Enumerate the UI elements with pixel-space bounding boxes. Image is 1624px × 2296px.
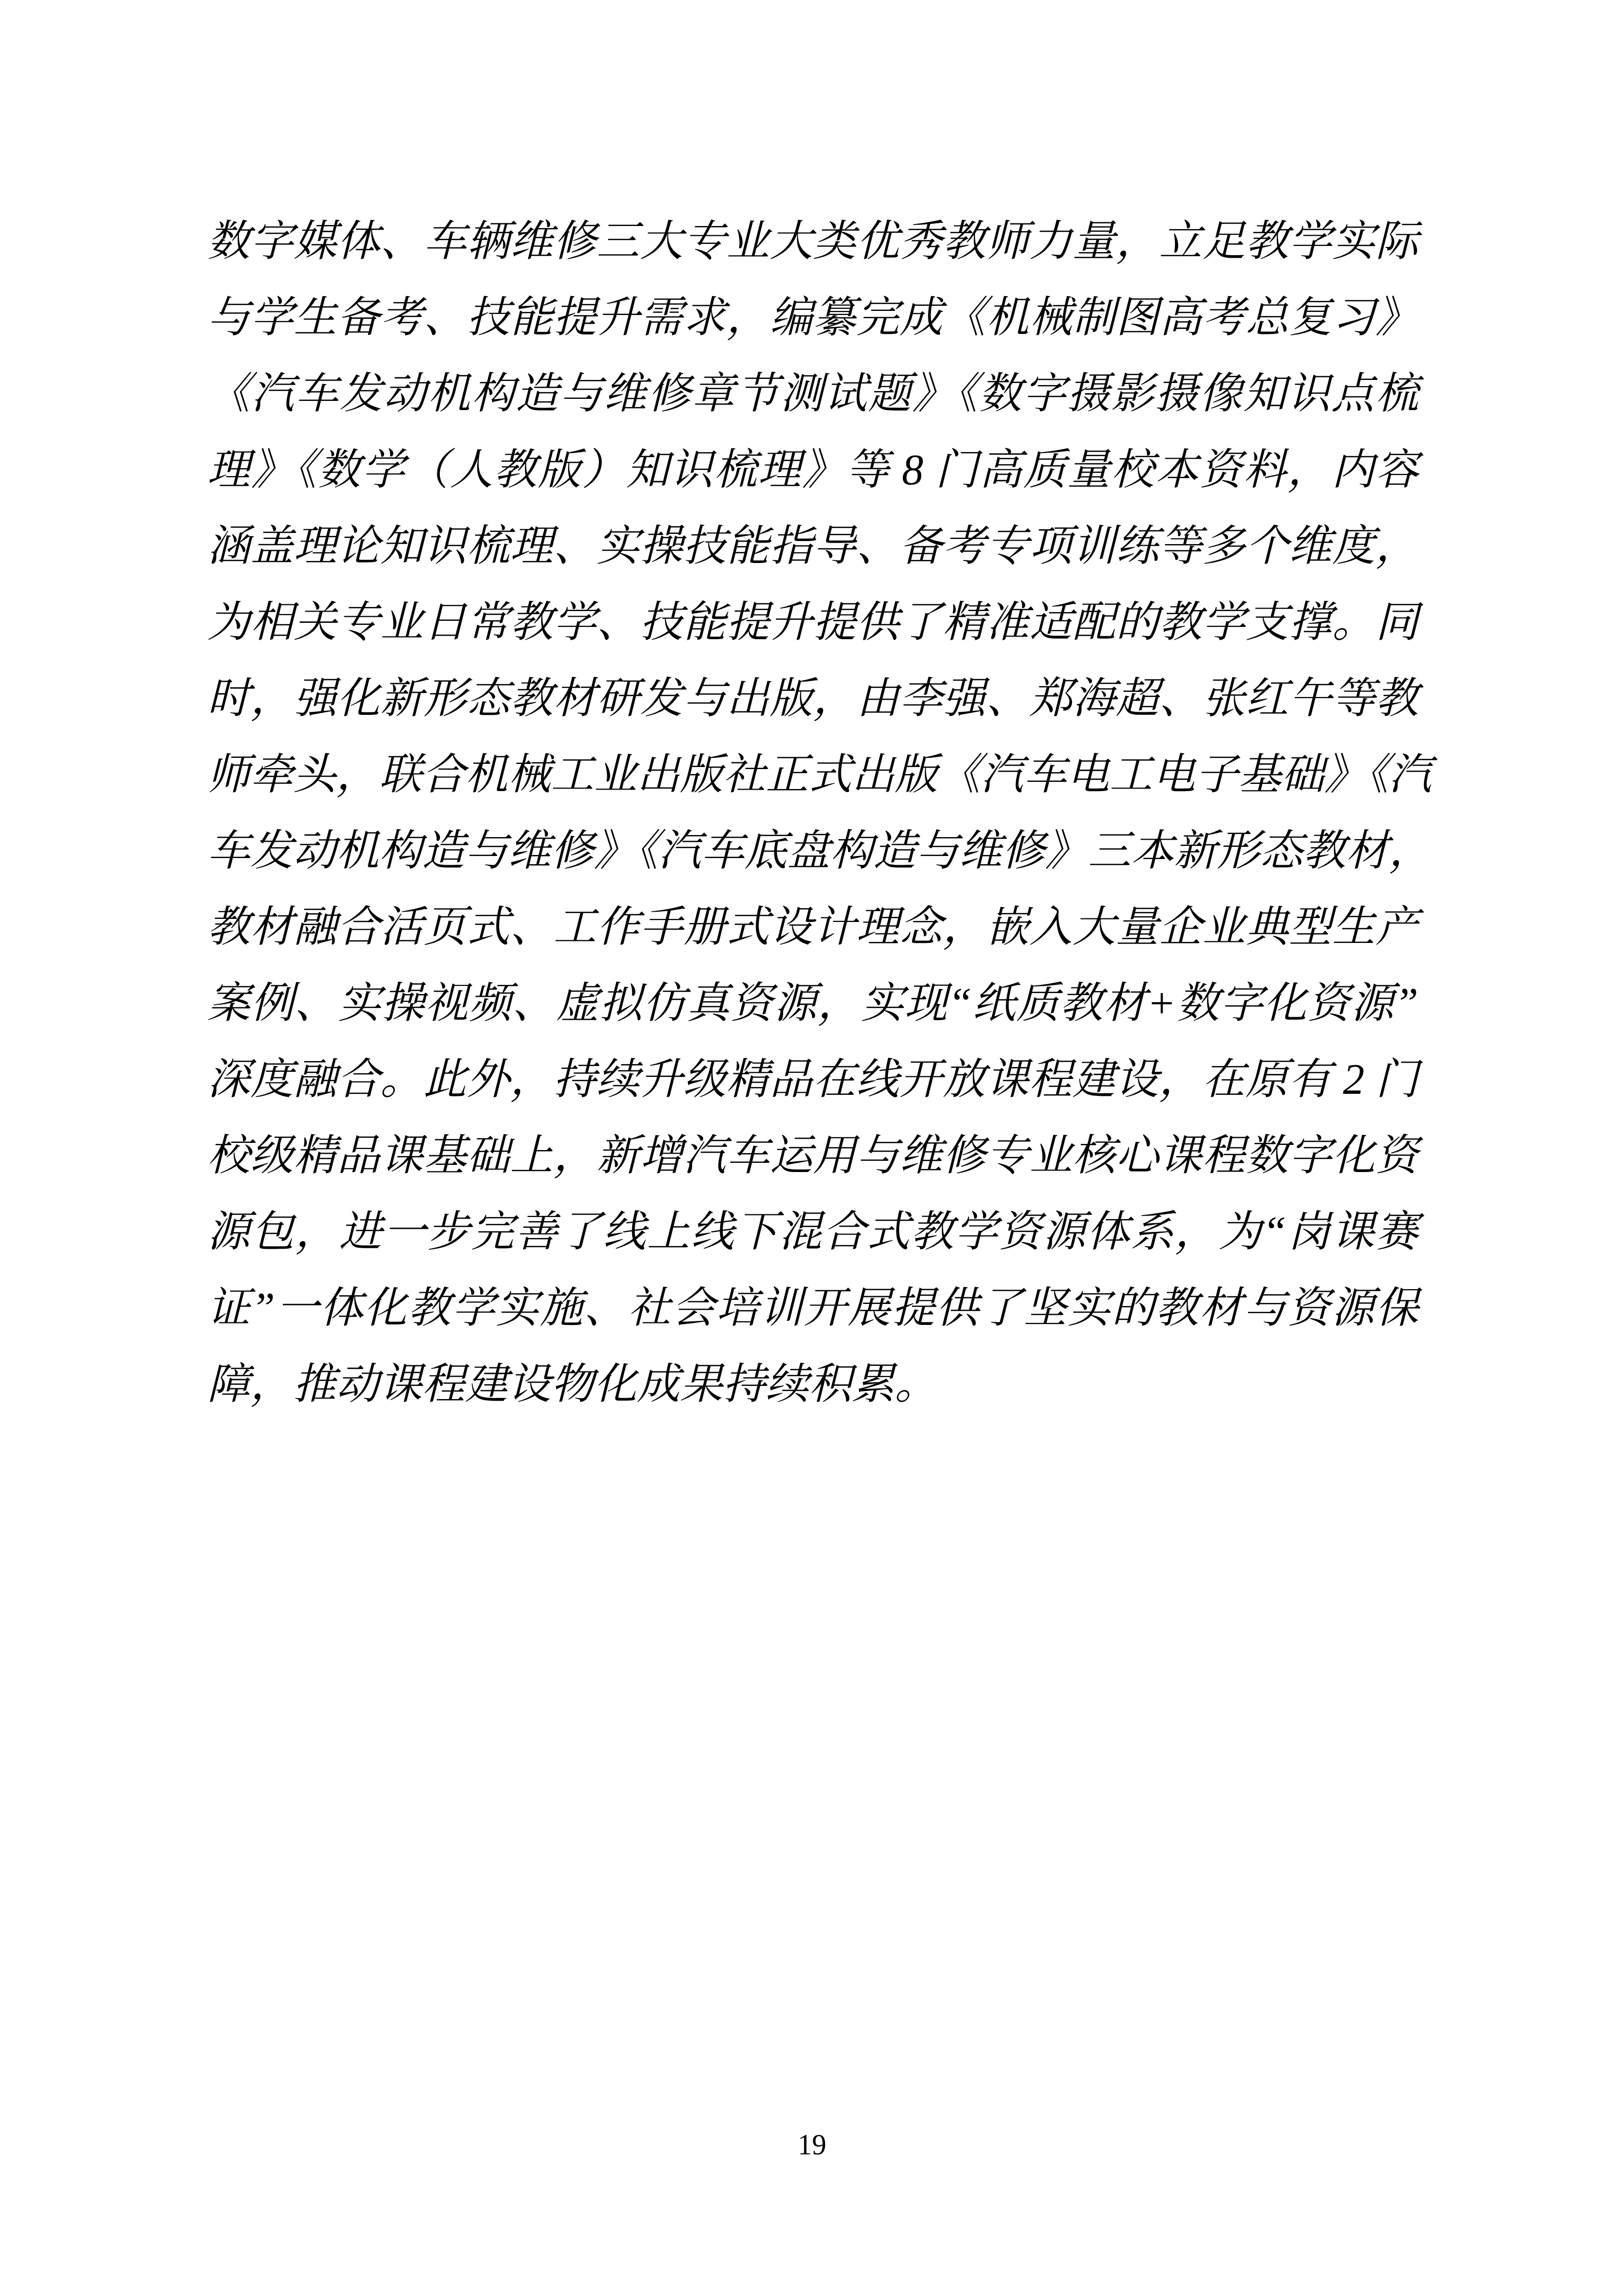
- paragraph-line: 证”一体化教学实施、社会培训开展提供了坚实的教材与资源保: [207, 1270, 1418, 1346]
- paragraph-line: 师牵头，联合机械工业出版社正式出版《汽车电工电子基础》《汽: [207, 737, 1418, 813]
- paragraph-line: 车发动机构造与维修》《汽车底盘构造与维修》三本新形态教材，: [207, 813, 1418, 889]
- paragraph-line: 时，强化新形态教材研发与出版，由李强、郑海超、张红午等教: [207, 661, 1418, 737]
- paragraph-line: 与学生备考、技能提升需求，编纂完成《机械制图高考总复习》: [207, 280, 1418, 356]
- paragraph-line: 深度融合。此外，持续升级精品在线开放课程建设，在原有 2 门: [207, 1042, 1418, 1118]
- paragraph-line: 校级精品课基础上，新增汽车运用与维修专业核心课程数字化资: [207, 1118, 1418, 1194]
- paragraph-line: 教材融合活页式、工作手册式设计理念，嵌入大量企业典型生产: [207, 889, 1418, 965]
- body-paragraph: 数字媒体、车辆维修三大专业大类优秀教师力量，立足教学实际 与学生备考、技能提升需…: [207, 204, 1418, 1423]
- paragraph-line: 为相关专业日常教学、技能提升提供了精准适配的教学支撑。同: [207, 584, 1418, 661]
- paragraph-line: 数字媒体、车辆维修三大专业大类优秀教师力量，立足教学实际: [207, 204, 1418, 280]
- document-page: 数字媒体、车辆维修三大专业大类优秀教师力量，立足教学实际 与学生备考、技能提升需…: [0, 0, 1624, 2296]
- paragraph-line: 理》《数学（人教版）知识梳理》等 8 门高质量校本资料，内容: [207, 432, 1418, 508]
- paragraph-line: 案例、实操视频、虚拟仿真资源，实现“纸质教材+数字化资源”: [207, 965, 1418, 1042]
- page-number: 19: [0, 2127, 1624, 2163]
- paragraph-line: 《汽车发动机构造与维修章节测试题》《数字摄影摄像知识点梳: [207, 356, 1418, 432]
- paragraph-line: 障，推动课程建设物化成果持续积累。: [207, 1346, 1418, 1423]
- paragraph-line: 涵盖理论知识梳理、实操技能指导、备考专项训练等多个维度，: [207, 508, 1418, 584]
- paragraph-line: 源包，进一步完善了线上线下混合式教学资源体系，为“岗课赛: [207, 1194, 1418, 1270]
